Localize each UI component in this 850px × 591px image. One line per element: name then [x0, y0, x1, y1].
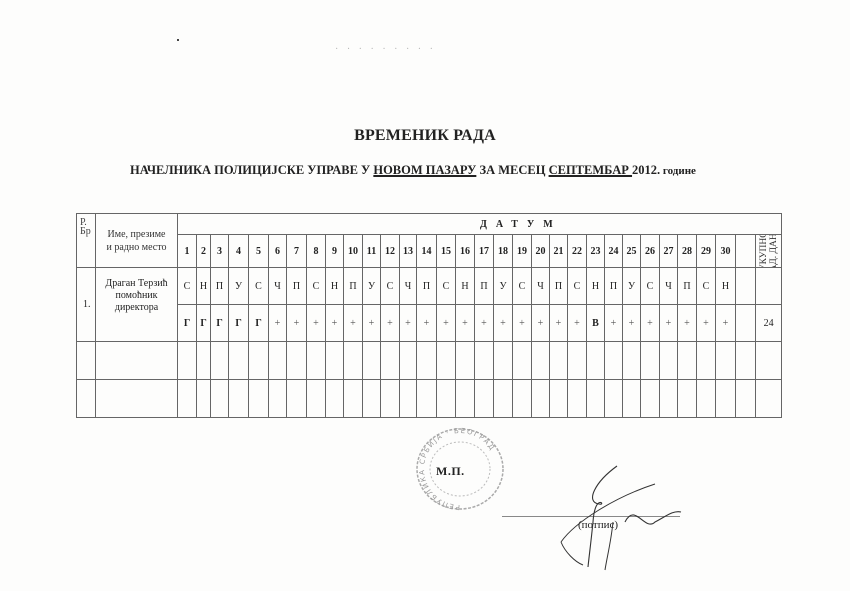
subtitle-suffix: године	[660, 165, 696, 177]
day-number: 21	[550, 235, 568, 268]
empty-cell	[344, 342, 363, 380]
attendance-mark-cell: +	[287, 305, 307, 342]
empty-cell	[756, 342, 782, 380]
total-work-days: 24	[756, 305, 782, 342]
header-name-line2: и радно место	[107, 242, 167, 253]
attendance-mark-cell: Г	[178, 305, 197, 342]
day-number: 2	[197, 235, 211, 268]
empty-cell	[697, 342, 716, 380]
header-name-line1: Име, презиме	[108, 229, 166, 240]
row-number: 1.	[77, 268, 96, 342]
attendance-mark-cell: Г	[197, 305, 211, 342]
day-number: 19	[513, 235, 532, 268]
day-number: 10	[344, 235, 363, 268]
attendance-mark-cell: +	[641, 305, 660, 342]
day-number: 14	[417, 235, 437, 268]
empty-cell	[568, 342, 587, 380]
weekday-cell: С	[568, 268, 587, 305]
employee-position-line1: помоћник	[115, 290, 157, 301]
empty-cell	[96, 380, 178, 418]
empty-cell	[400, 342, 417, 380]
day-number: 24	[605, 235, 623, 268]
scan-speck	[177, 39, 179, 41]
attendance-mark-cell: +	[475, 305, 494, 342]
day-number: 7	[287, 235, 307, 268]
empty-cell	[494, 342, 513, 380]
empty-cell	[456, 380, 475, 418]
faded-letterhead: · · · · · · · · ·	[335, 44, 505, 56]
empty-cell	[550, 342, 568, 380]
empty-cell	[197, 380, 211, 418]
weekday-cell: С	[697, 268, 716, 305]
empty-cell	[363, 342, 381, 380]
empty-cell	[269, 380, 287, 418]
empty-cell	[568, 380, 587, 418]
empty-cell	[96, 342, 178, 380]
document-title: ВРЕМЕНИК РАДА	[0, 127, 850, 145]
header-rbr-line2: Бр	[80, 226, 91, 237]
day-number: 8	[307, 235, 326, 268]
day-number: 17	[475, 235, 494, 268]
weekday-cell: С	[437, 268, 456, 305]
attendance-mark-cell: +	[605, 305, 623, 342]
empty-cell	[716, 380, 736, 418]
empty-cell	[494, 380, 513, 418]
weekday-cell: П	[550, 268, 568, 305]
weekday-cell: П	[678, 268, 697, 305]
attendance-mark-cell: В	[587, 305, 605, 342]
header-row-number: Р.Бр	[77, 214, 96, 268]
attendance-mark-cell: +	[623, 305, 641, 342]
empty-cell	[229, 342, 249, 380]
weekday-cell: П	[475, 268, 494, 305]
weekday-cell: У	[623, 268, 641, 305]
weekday-cell: С	[307, 268, 326, 305]
total-header-line1: УКУПНО	[759, 235, 769, 268]
day-number	[736, 235, 756, 268]
weekday-cell: П	[605, 268, 623, 305]
attendance-mark-cell: +	[363, 305, 381, 342]
weekday-cell: Ч	[400, 268, 417, 305]
day-number: 16	[456, 235, 475, 268]
attendance-mark-cell: +	[417, 305, 437, 342]
weekday-cell: Н	[197, 268, 211, 305]
empty-cell	[307, 380, 326, 418]
weekday-cell: Н	[716, 268, 736, 305]
day-number: 15	[437, 235, 456, 268]
subtitle-city: НОВОМ ПАЗАРУ	[373, 163, 476, 177]
weekday-cell: У	[229, 268, 249, 305]
empty-cell	[660, 342, 678, 380]
day-number: 30	[716, 235, 736, 268]
weekday-cell: Ч	[660, 268, 678, 305]
weekday-cell: У	[494, 268, 513, 305]
day-number: 3	[211, 235, 229, 268]
attendance-mark-cell: Г	[229, 305, 249, 342]
empty-cell	[623, 342, 641, 380]
empty-cell	[381, 342, 400, 380]
total-header-line2: РАД. ДАНА	[769, 235, 779, 268]
empty-cell	[697, 380, 716, 418]
weekday-cell: С	[641, 268, 660, 305]
attendance-mark-cell: +	[381, 305, 400, 342]
empty-cell	[605, 342, 623, 380]
empty-cell	[513, 342, 532, 380]
subtitle-part1: НАЧЕЛНИКА ПОЛИЦИЈСКЕ УПРАВЕ У	[130, 163, 373, 177]
empty-cell	[532, 380, 550, 418]
empty-cell	[550, 380, 568, 418]
attendance-mark-cell: +	[716, 305, 736, 342]
subtitle-year: 2012.	[632, 163, 660, 177]
attendance-mark-cell: +	[344, 305, 363, 342]
work-schedule-table: Р.БрИме, презимеи радно местоДАТУМ123456…	[76, 213, 782, 418]
attendance-mark-cell: +	[697, 305, 716, 342]
empty-cell	[326, 342, 344, 380]
weekday-cell: Н	[456, 268, 475, 305]
weekday-cell: Ч	[269, 268, 287, 305]
document-subtitle: НАЧЕЛНИКА ПОЛИЦИЈСКЕ УПРАВЕ У НОВОМ ПАЗА…	[130, 163, 696, 178]
day-number: 13	[400, 235, 417, 268]
empty-cell	[756, 380, 782, 418]
attendance-mark-cell: +	[437, 305, 456, 342]
weekday-cell: П	[417, 268, 437, 305]
empty-cell	[417, 342, 437, 380]
empty-cell	[249, 342, 269, 380]
day-number: 29	[697, 235, 716, 268]
empty-cell	[211, 342, 229, 380]
attendance-mark-cell: +	[307, 305, 326, 342]
empty-cell	[363, 380, 381, 418]
weekday-cell: У	[363, 268, 381, 305]
attendance-mark-cell: +	[532, 305, 550, 342]
empty-cell	[178, 380, 197, 418]
weekday-cell: П	[211, 268, 229, 305]
day-number: 25	[623, 235, 641, 268]
empty-cell	[344, 380, 363, 418]
attendance-mark-cell: +	[550, 305, 568, 342]
attendance-mark-cell: +	[269, 305, 287, 342]
empty-cell	[211, 380, 229, 418]
day-number: 27	[660, 235, 678, 268]
day-number: 11	[363, 235, 381, 268]
weekday-cell: Н	[587, 268, 605, 305]
empty-cell	[605, 380, 623, 418]
empty-cell	[532, 342, 550, 380]
empty-cell	[716, 342, 736, 380]
attendance-mark-cell: +	[326, 305, 344, 342]
empty-cell	[456, 342, 475, 380]
empty-row	[77, 342, 782, 380]
attendance-mark-cell: +	[568, 305, 587, 342]
empty-cell	[287, 342, 307, 380]
empty-cell	[475, 342, 494, 380]
empty-cell	[400, 380, 417, 418]
weekday-cell: С	[249, 268, 269, 305]
weekday-cell: С	[513, 268, 532, 305]
total-blank-cell	[756, 268, 782, 305]
empty-cell	[437, 342, 456, 380]
weekday-cell: Н	[326, 268, 344, 305]
day-number: 6	[269, 235, 287, 268]
handwritten-signature-icon	[555, 462, 715, 572]
header-name-position: Име, презимеи радно место	[96, 214, 178, 268]
attendance-mark-cell: +	[660, 305, 678, 342]
empty-cell	[641, 342, 660, 380]
header-date: ДАТУМ	[178, 214, 782, 235]
day-number: 22	[568, 235, 587, 268]
employee-row: 1.Драган ТерзићпомоћникдиректораСНПУСЧПС…	[77, 268, 782, 305]
empty-cell	[587, 342, 605, 380]
empty-cell	[417, 380, 437, 418]
empty-cell	[641, 380, 660, 418]
attendance-mark-cell: Г	[211, 305, 229, 342]
header-total-work-days: УКУПНОРАД. ДАНА	[756, 235, 782, 268]
employee-position-line2: директора	[115, 302, 158, 313]
empty-cell	[381, 380, 400, 418]
empty-cell	[326, 380, 344, 418]
empty-cell	[736, 342, 756, 380]
attendance-mark-cell: +	[400, 305, 417, 342]
day-number: 9	[326, 235, 344, 268]
empty-cell	[678, 342, 697, 380]
empty-cell	[660, 380, 678, 418]
empty-cell	[197, 342, 211, 380]
subtitle-month: СЕПТЕМБАР	[549, 163, 632, 177]
empty-cell	[437, 380, 456, 418]
day-number: 26	[641, 235, 660, 268]
weekday-cell: Ч	[532, 268, 550, 305]
empty-cell	[587, 380, 605, 418]
empty-cell	[249, 380, 269, 418]
weekday-cell: С	[178, 268, 197, 305]
attendance-mark-cell: +	[494, 305, 513, 342]
weekday-cell: П	[344, 268, 363, 305]
day-number: 28	[678, 235, 697, 268]
employee-name-position: Драган Терзићпомоћникдиректора	[96, 268, 178, 342]
stamp-label: М.П.	[436, 464, 465, 479]
weekday-cell: С	[381, 268, 400, 305]
empty-cell	[307, 342, 326, 380]
employee-marks-row: ГГГГГ+++++++++++++++++В+++++++24	[77, 305, 782, 342]
day-number: 5	[249, 235, 269, 268]
empty-cell	[475, 380, 494, 418]
empty-cell	[269, 342, 287, 380]
weekday-cell: П	[287, 268, 307, 305]
attendance-mark-cell: +	[678, 305, 697, 342]
subtitle-part2: ЗА МЕСЕЦ	[476, 163, 548, 177]
empty-cell	[623, 380, 641, 418]
day-number: 1	[178, 235, 197, 268]
empty-cell	[178, 342, 197, 380]
empty-cell	[287, 380, 307, 418]
employee-name: Драган Терзић	[105, 278, 167, 289]
empty-cell	[77, 380, 96, 418]
empty-row	[77, 380, 782, 418]
attendance-mark-cell: +	[456, 305, 475, 342]
attendance-mark-cell	[736, 305, 756, 342]
empty-cell	[229, 380, 249, 418]
empty-cell	[513, 380, 532, 418]
day-number: 12	[381, 235, 400, 268]
attendance-mark-cell: +	[513, 305, 532, 342]
day-number: 20	[532, 235, 550, 268]
weekday-cell	[736, 268, 756, 305]
attendance-mark-cell: Г	[249, 305, 269, 342]
day-number: 18	[494, 235, 513, 268]
empty-cell	[678, 380, 697, 418]
day-number: 23	[587, 235, 605, 268]
day-number: 4	[229, 235, 249, 268]
empty-cell	[77, 342, 96, 380]
empty-cell	[736, 380, 756, 418]
